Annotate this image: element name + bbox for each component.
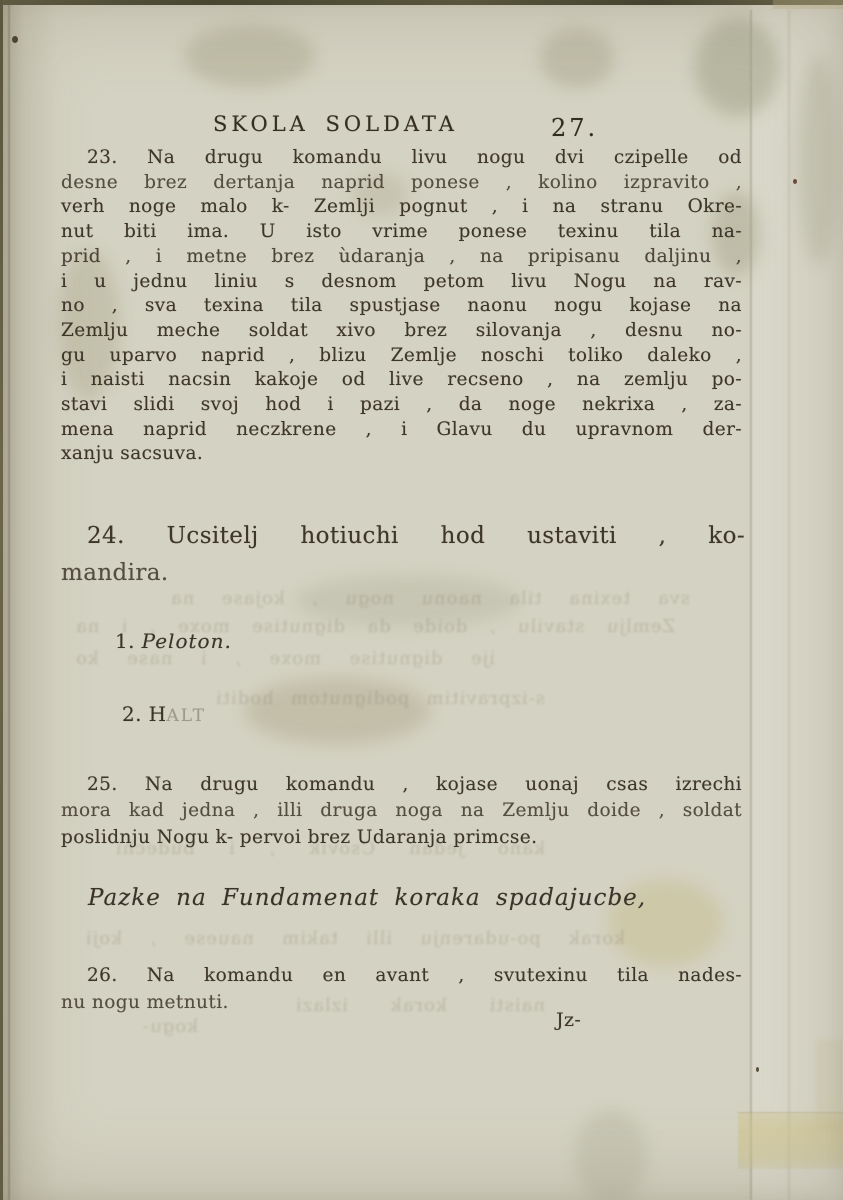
page-crease: [788, 10, 790, 1200]
paper-stain: [798, 55, 840, 265]
paper-stain: [185, 25, 315, 87]
ink-speck: [793, 179, 797, 184]
command-item-halt: 2. HALT: [122, 702, 206, 726]
paragraph-23-line: no , sva texina tila spustjase naonu nog…: [61, 294, 742, 319]
bleedthrough-text-line: korak po-udarenju illi takim nauese , ko…: [85, 928, 625, 949]
paragraph-23-line: 23. Na drugu komandu livu nogu dvi czipe…: [61, 146, 742, 171]
page-number: 27.: [551, 114, 598, 142]
paragraph-23-line: prid , i metne brez ùdaranja , na pripis…: [61, 245, 742, 270]
paper-stain: [540, 28, 614, 88]
gutter-crease: [8, 0, 10, 1200]
paragraph-23-line: desne brez dertanja naprid ponese , koli…: [61, 171, 742, 196]
book-binding-edge: [773, 0, 843, 9]
paragraph-23-line: verh noge malo k- Zemlji pognut , i na s…: [61, 195, 742, 220]
page-crease: [750, 10, 752, 1200]
paragraph-25: 25. Na drugu komandu , kojase uonaj csas…: [61, 772, 742, 851]
command-item-peloton: 1. Peloton.: [115, 629, 232, 653]
paragraph-25-line: 25. Na drugu komandu , kojase uonaj csas…: [61, 772, 742, 798]
command-item-faded-text: ALT: [166, 706, 206, 726]
paragraph-24-line: mandira.: [61, 555, 745, 592]
paragraph-24: 24. Ucsitelj hotiuchi hod ustaviti , ko-…: [61, 518, 745, 592]
paragraph-23-line: mena naprid neczkrene , i Glavu du uprav…: [61, 418, 742, 443]
paper-stain: [695, 18, 779, 116]
paragraph-24-line: 24. Ucsitelj hotiuchi hod ustaviti , ko-: [61, 518, 745, 555]
paragraph-23-line: stavi slidi svoj hod i pazi , da noge ne…: [61, 393, 742, 418]
paragraph-23-line: xanju sacsuva.: [61, 442, 742, 467]
paper-stain: [575, 1110, 647, 1200]
paragraph-23-line: gu uparvo naprid , blizu Zemlje noschi t…: [61, 344, 742, 369]
paragraph-26: 26. Na komandu en avant , svutexinu tila…: [61, 962, 742, 1016]
book-binding-edge: [0, 0, 843, 5]
catchword: Jz-: [556, 1009, 581, 1031]
scanned-book-page: sva texina tila naonu nogu , kojase naZe…: [0, 0, 843, 1200]
ink-speck: [12, 36, 18, 43]
section-heading-pazke: Pazke na Fundamenat koraka spadajucbe,: [88, 885, 646, 911]
command-item-label: Peloton.: [142, 629, 232, 653]
command-item-number: 2. H: [122, 702, 166, 726]
paper-smudge: [245, 678, 430, 744]
command-item-number: 1.: [115, 629, 135, 653]
paragraph-23-line: i u jednu liniu s desnom petom livu Nogu…: [61, 270, 742, 295]
running-header-title: SKOLA SOLDATA: [213, 112, 458, 136]
paragraph-23-line: i naisti nacsin kakoje od live recseno ,…: [61, 368, 742, 393]
paragraph-25-line: mora kad jedna , illi druga noga na Zeml…: [61, 798, 742, 824]
bleedthrough-text-line: kogu-: [78, 1016, 198, 1037]
paragraph-25-line: poslidnju Nogu k- pervoi brez Udaranja p…: [61, 825, 742, 851]
paragraph-23-line: nut biti ima. U isto vrime ponese texinu…: [61, 220, 742, 245]
paragraph-26-line: 26. Na komandu en avant , svutexinu tila…: [61, 962, 742, 989]
paragraph-26-line: nu nogu metnuti.: [61, 989, 742, 1016]
paper-stain: [816, 1040, 843, 1130]
book-spine-edge: [0, 0, 3, 1200]
ink-speck: [756, 1067, 759, 1072]
paragraph-23: 23. Na drugu komandu livu nogu dvi czipe…: [61, 146, 742, 467]
paragraph-23-line: Zemlju meche soldat xivo brez silovanja …: [61, 319, 742, 344]
